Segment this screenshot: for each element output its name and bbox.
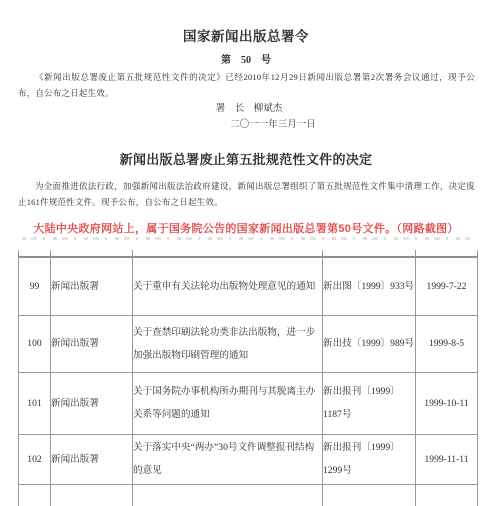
row-number-cell: 102 — [19, 434, 51, 484]
document-number-cell: 新出报刊〔1999〕1187号 — [323, 372, 416, 434]
empty-cell — [133, 250, 323, 257]
agency-cell: 新闻出版署 — [51, 257, 133, 315]
empty-cell — [323, 484, 416, 506]
empty-cell — [416, 484, 478, 506]
date-cell: 1999-7-22 — [416, 257, 478, 315]
document-title-cell: 关于国务院办事机构所办期刊与其脱离主办关系等问题的通知 — [133, 372, 323, 434]
signature-date: 二〇一一年三月一日 — [27, 116, 492, 130]
date-cell: 1999-10-11 — [416, 372, 478, 434]
table-row-partial-bottom — [19, 484, 478, 506]
decision-paragraph: 为全面推进依法行政，加强新闻出版法治政府建设，新闻出版总署组织了第五批规范性文件… — [18, 178, 475, 210]
agency-cell: 新闻出版署 — [51, 372, 133, 434]
date-cell: 1999-11-11 — [416, 434, 478, 484]
repealed-documents-table: 99 新闻出版署 关于重申有关法轮功出版物处理意见的通知 新出图〔1999〕93… — [18, 250, 478, 506]
empty-cell — [416, 250, 478, 257]
document-title-cell: 关于查禁印刷法轮功类非法出版物，进一步加强出版物印刷管理的通知 — [133, 315, 323, 372]
order-number: 第 50 号 — [0, 51, 492, 66]
table-row: 99 新闻出版署 关于重申有关法轮功出版物处理意见的通知 新出图〔1999〕93… — [19, 257, 478, 315]
table-row: 102 新闻出版署 关于落实中央“两办”30号文件调整报刊结构的意见 新出报刊〔… — [19, 434, 478, 484]
row-number-cell: 101 — [19, 372, 51, 434]
clipped-text-remnant — [22, 237, 470, 240]
document-page: 国家新闻出版总署令 第 50 号 《新闻出版总署废止第五批规范性文件的决定》已经… — [0, 0, 492, 506]
empty-cell — [323, 250, 416, 257]
promulgation-paragraph: 《新闻出版总署废止第五批规范性文件的决定》已经2010年12月29日新闻出版总署… — [18, 69, 475, 101]
agency-cell: 新闻出版署 — [51, 434, 133, 484]
table-row-partial-top — [19, 250, 478, 257]
row-number-cell: 100 — [19, 315, 51, 372]
table-row: 101 新闻出版署 关于国务院办事机构所办期刊与其脱离主办关系等问题的通知 新出… — [19, 372, 478, 434]
annotation-red-note: 大陆中央政府网站上，属于国务院公告的国家新闻出版总署第50号文件。（网路截图） — [0, 220, 492, 236]
document-title-cell: 关于落实中央“两办”30号文件调整报刊结构的意见 — [133, 434, 323, 484]
empty-cell — [51, 484, 133, 506]
decision-title: 新闻出版总署废止第五批规范性文件的决定 — [0, 149, 492, 168]
signer-line: 署 长 柳斌杰 — [3, 100, 492, 114]
order-title: 国家新闻出版总署令 — [0, 25, 492, 45]
date-cell: 1999-8-5 — [416, 315, 478, 372]
agency-cell: 新闻出版署 — [51, 315, 133, 372]
table-row: 100 新闻出版署 关于查禁印刷法轮功类非法出版物，进一步加强出版物印刷管理的通… — [19, 315, 478, 372]
empty-cell — [19, 250, 51, 257]
document-number-cell: 新出技〔1999〕989号 — [323, 315, 416, 372]
document-number-cell: 新出报刊〔1999〕1299号 — [323, 434, 416, 484]
empty-cell — [19, 484, 51, 506]
row-number-cell: 99 — [19, 257, 51, 315]
empty-cell — [51, 250, 133, 257]
document-number-cell: 新出图〔1999〕933号 — [323, 257, 416, 315]
empty-cell — [133, 484, 323, 506]
document-title-cell: 关于重申有关法轮功出版物处理意见的通知 — [133, 257, 323, 315]
